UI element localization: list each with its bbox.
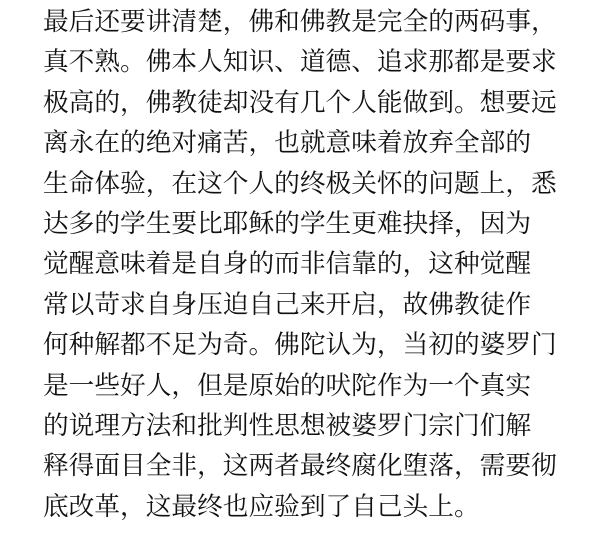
text-line: 离永在的绝对痛苦，也就意味着放弃全部的 [43, 123, 560, 163]
text-line: 真不熟。佛本人知识、道德、追求那都是要求 [43, 42, 560, 82]
text-page: 最后还要讲清楚，佛和佛教是完全的两码事， 真不熟。佛本人知识、道德、追求那都是要… [0, 0, 600, 550]
paragraph: 最后还要讲清楚，佛和佛教是完全的两码事， 真不熟。佛本人知识、道德、追求那都是要… [43, 2, 560, 527]
text-line: 极高的，佛教徒却没有几个人能做到。想要远 [43, 83, 560, 123]
text-line: 常以苛求自身压迫自己来开启，故佛教徒作 [43, 285, 560, 325]
text-line: 生命体验，在这个人的终极关怀的问题上，悉 [43, 164, 560, 204]
text-line: 觉醒意味着是自身的而非信靠的，这种觉醒 [43, 244, 560, 284]
text-line: 何种解都不足为奇。佛陀认为，当初的婆罗门 [43, 325, 560, 365]
text-line: 的说理方法和批判性思想被婆罗门宗门们解 [43, 406, 560, 446]
text-line: 释得面目全非，这两者最终腐化堕落，需要彻 [43, 446, 560, 486]
text-line: 达多的学生要比耶稣的学生更难抉择，因为 [43, 204, 560, 244]
text-line: 是一些好人，但是原始的吠陀作为一个真实 [43, 366, 560, 406]
text-line: 最后还要讲清楚，佛和佛教是完全的两码事， [43, 2, 560, 42]
text-line: 底改革，这最终也应验到了自己头上。 [43, 487, 560, 527]
